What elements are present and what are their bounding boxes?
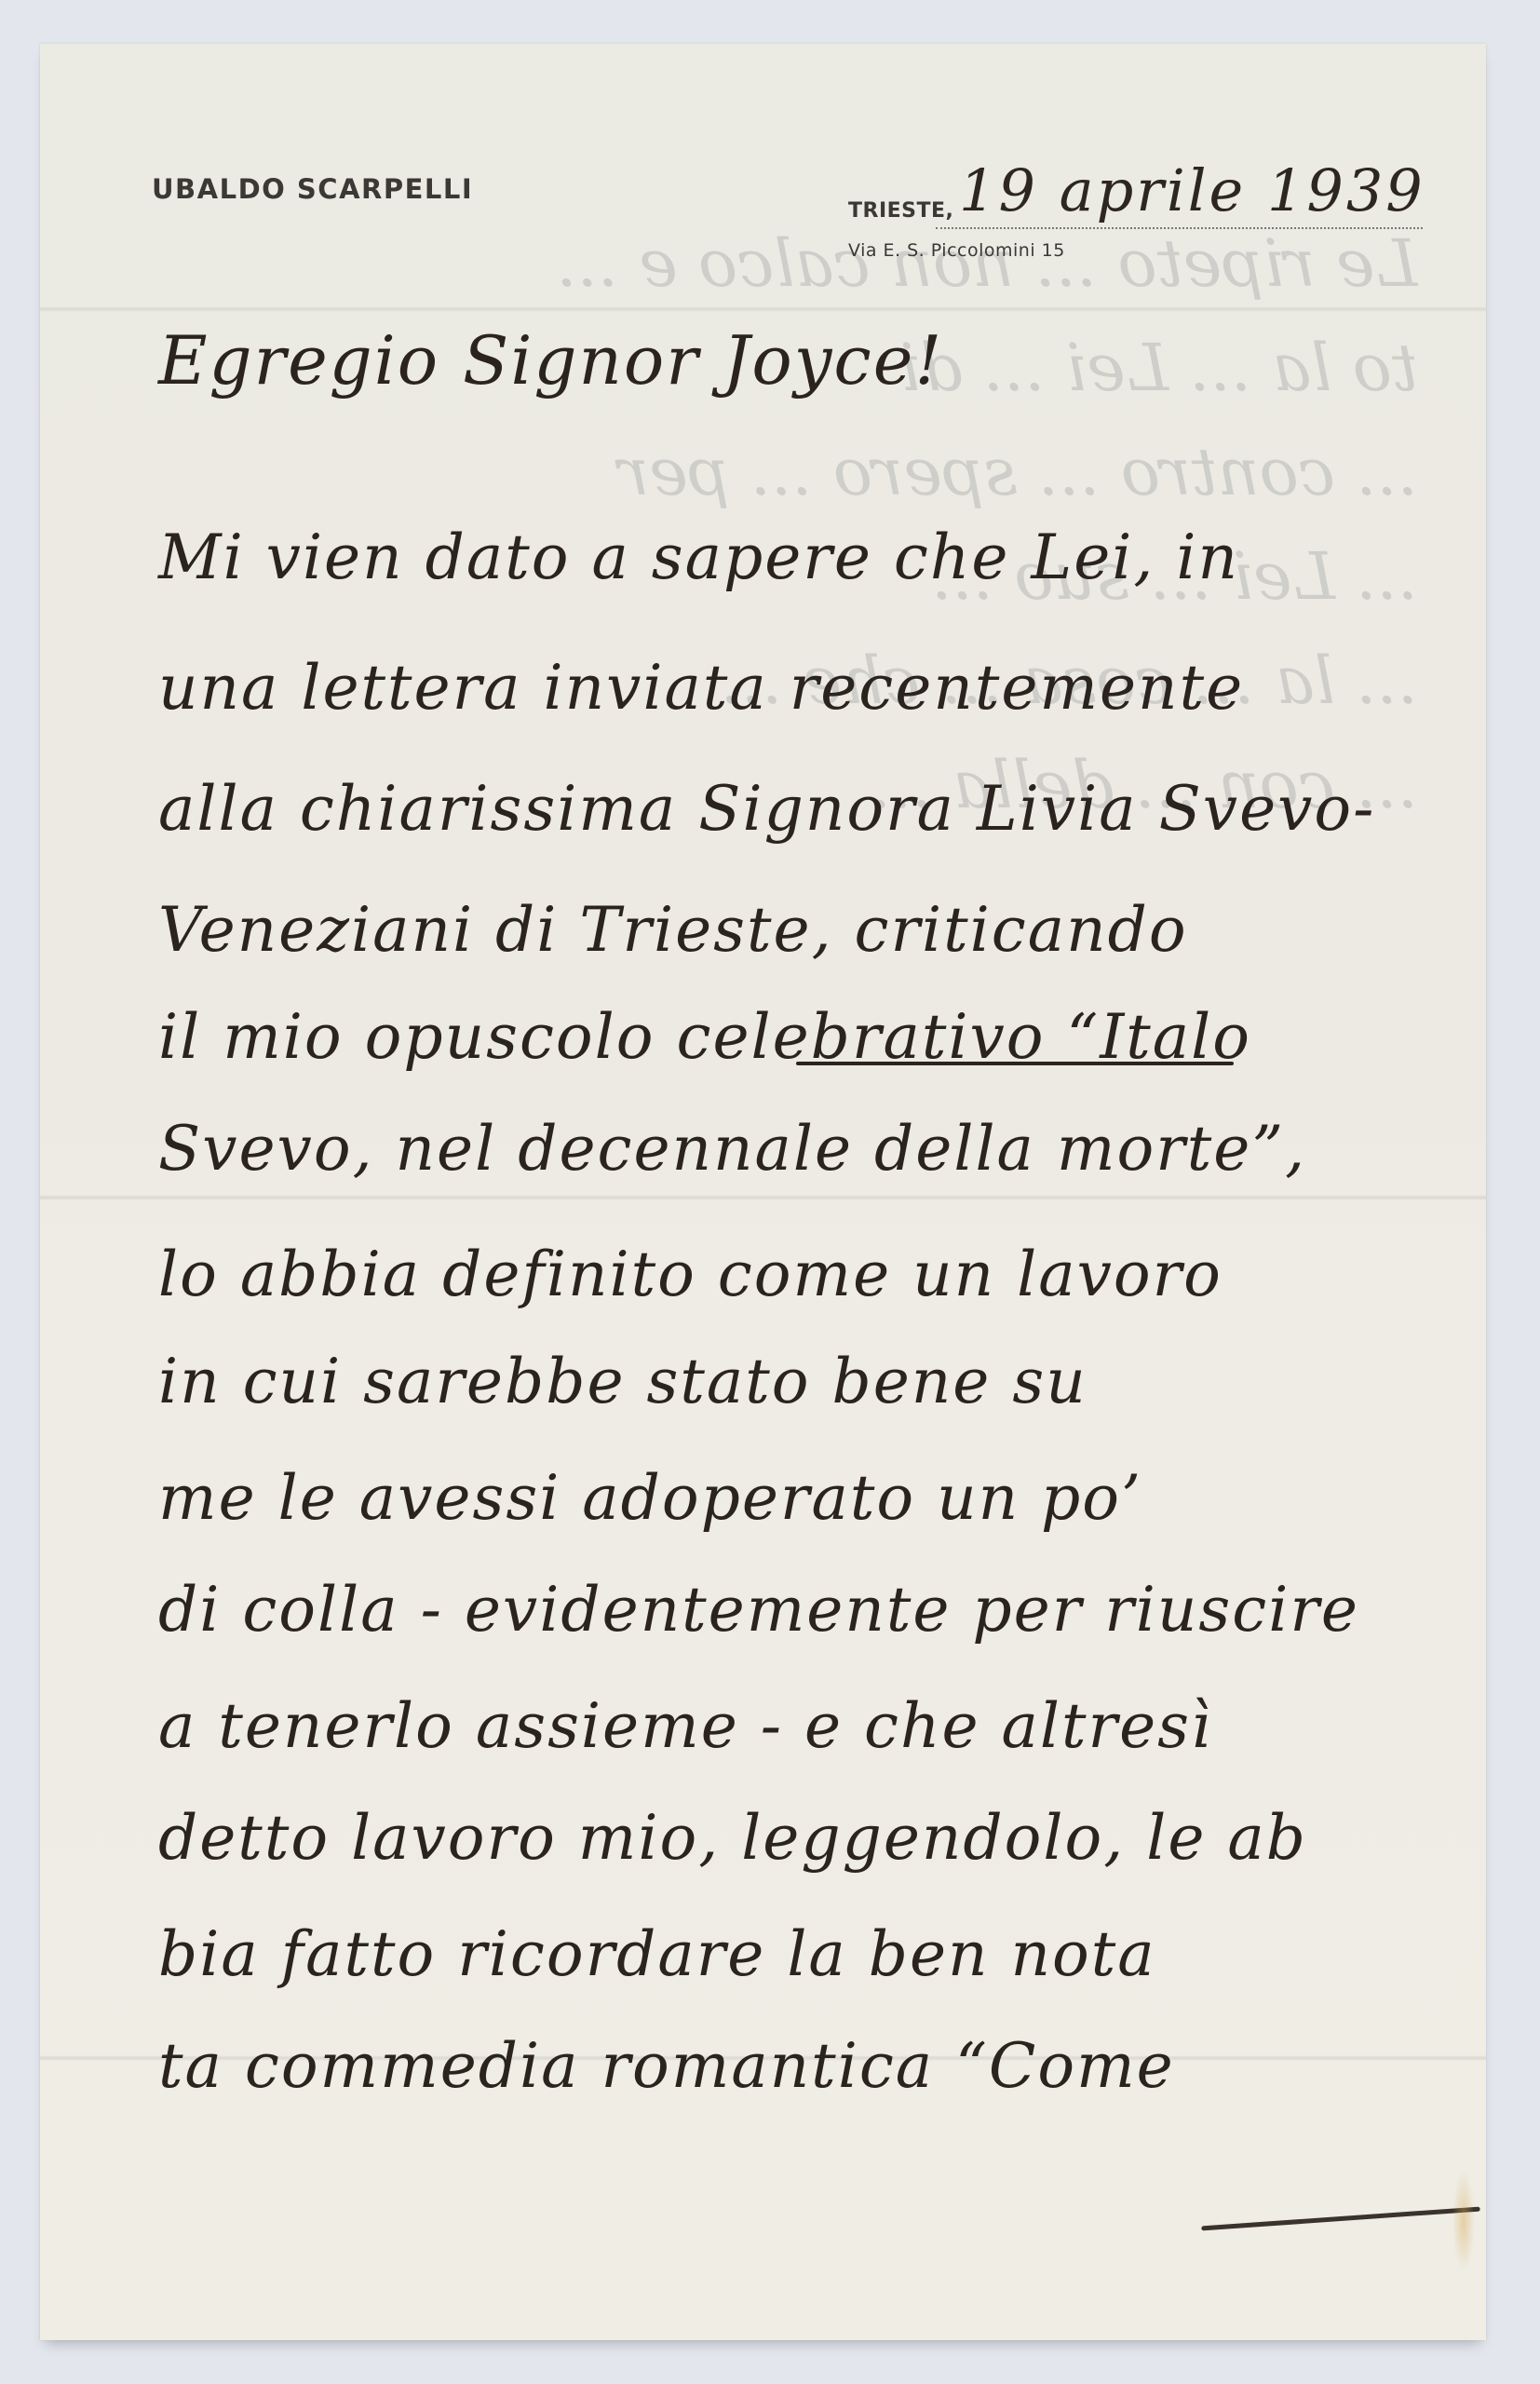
handwritten-date: 19 aprile 1939 [959,156,1425,224]
letterhead-name: UBALDO SCARPELLI [152,173,473,205]
paper-stain [1452,2170,1475,2272]
letterhead-place: TRIESTE, [848,199,953,223]
letter-line: Veneziani di Trieste, criticando [158,894,1188,966]
letter-line: di colla - evidentemente per riuscire [158,1574,1359,1646]
fold-line [40,1195,1486,1200]
letter-line: lo abbia definito come un lavoro [158,1239,1223,1310]
salutation: Egregio Signor Joyce! [158,321,943,400]
letter-line: detto lavoro mio, leggendolo, le ab [158,1802,1307,1874]
date-dotted-line [936,227,1423,229]
letter-line: a tenerlo assieme - e che altresì [158,1690,1212,1762]
letter-line: me le avessi adoperato un po’ [158,1462,1142,1534]
letter-line: ta commedia romantica “Come [158,2030,1175,2102]
fold-line [40,306,1486,312]
letter-line: alla chiarissima Signora Livia Svevo- [158,773,1375,845]
letter-line: una lettera inviata recentemente [158,652,1244,724]
underline-mark [796,1062,1234,1065]
letter-line: bia fatto ricordare la ben nota [158,1918,1156,1990]
letterhead-address: Via E. S. Piccolomini 15 [848,240,1065,261]
letter-line: in cui sarebbe stato bene su [158,1346,1087,1417]
letter-line: Mi vien dato a sapere che Lei, in [158,521,1239,593]
letter-line: Svevo, nel decennale della morte”, [158,1113,1306,1185]
